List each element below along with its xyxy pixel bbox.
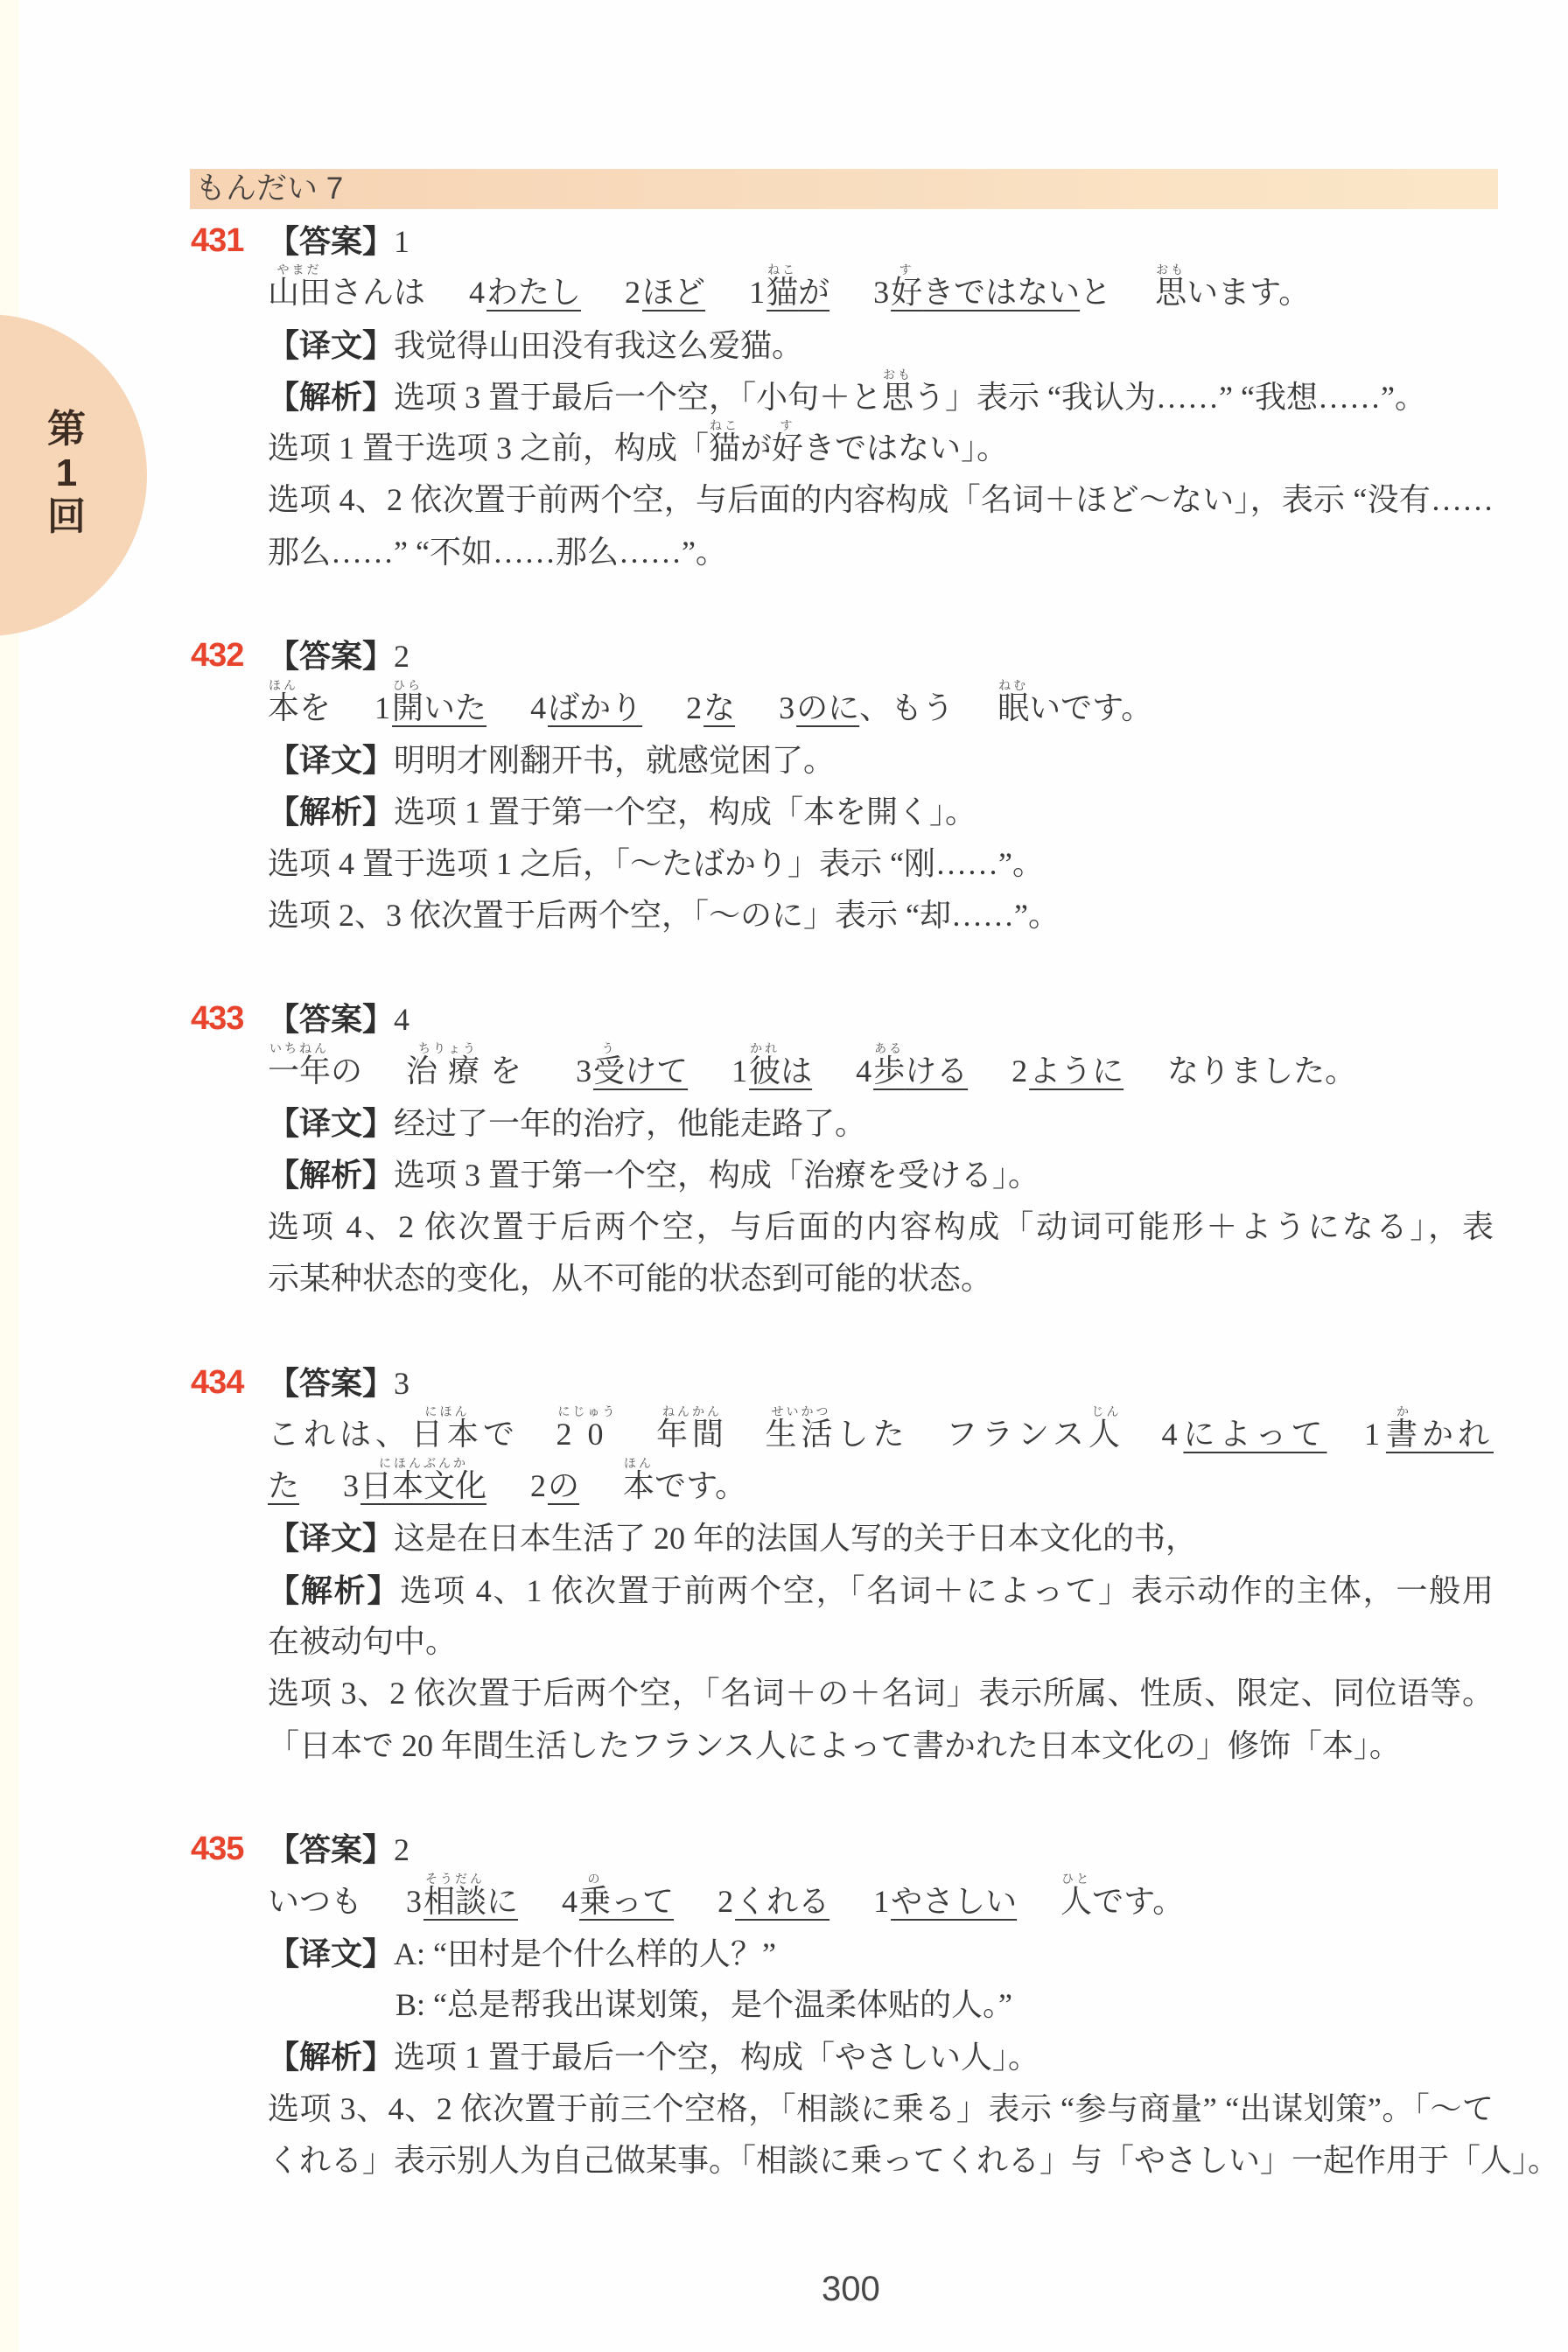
sentence-segment: 生活せいかつした xyxy=(766,1409,909,1460)
ruby-word: 好す xyxy=(772,430,803,465)
segment-text: です。 xyxy=(654,1468,746,1503)
option-text: の xyxy=(548,1468,579,1503)
furigana: う xyxy=(602,1044,617,1056)
translation-line: B: “总是帮我出谋划策，是个温柔体贴的人。” xyxy=(268,1979,1494,2031)
segment-text: ける xyxy=(905,1053,968,1088)
ruby-base: 相談 xyxy=(423,1884,486,1919)
option-segment: 3相談そうだんに xyxy=(406,1876,518,1928)
analysis-label: 【解析】 xyxy=(268,2039,394,2075)
furigana: か xyxy=(1396,1407,1411,1419)
ruby-word: 治療ちりょう xyxy=(406,1053,490,1088)
segment-text: いつも xyxy=(268,1884,362,1919)
ruby-base: 人 xyxy=(1088,1417,1124,1452)
option-number: 2 xyxy=(530,1468,546,1503)
sentence-segment: 山田やまださんは xyxy=(268,267,425,318)
segment-text: かれ xyxy=(1422,1417,1494,1452)
option-number: 1 xyxy=(374,690,390,725)
answer-label: 【答案】 xyxy=(268,1831,394,1867)
ruby-word: 書か xyxy=(1386,1417,1422,1452)
furigana: ちりょう xyxy=(418,1044,478,1056)
question-433: 433【答案】4 一年いちねんの 治療ちりょうを 3受うけて 1彼かれは 4歩あ… xyxy=(268,993,1494,1305)
option-segment: 1猫ねこが xyxy=(749,267,829,318)
section-spacer xyxy=(268,1305,1494,1356)
option-text: ばかり xyxy=(548,690,642,725)
option-segment: 2な xyxy=(686,682,735,734)
analysis-line: 「日本で 20 年間生活したフランス人によって書かれた日本文化の」修饰「本」。 xyxy=(268,1720,1494,1772)
option-text: 乗のって xyxy=(579,1884,674,1919)
ruby-word: 眠ねむ xyxy=(997,690,1029,725)
option-text: 好すきではない xyxy=(891,275,1080,310)
furigana: ねこ xyxy=(767,265,797,277)
chapter-tab-char: 回 xyxy=(44,495,89,539)
segment-text: フランス xyxy=(946,1417,1088,1452)
furigana: にほんぶんか xyxy=(379,1459,468,1471)
ruby-word: 一年いちねん xyxy=(268,1053,331,1088)
ruby-base: 日本 xyxy=(411,1417,483,1452)
question-434: 434【答案】3 これは、日本にほんで 20にじゅう 年間ねんかん 生活せいかつ… xyxy=(268,1357,1494,1772)
option-text: わたし xyxy=(486,275,581,310)
segment-text: きではない xyxy=(922,275,1080,310)
option-number: 3 xyxy=(576,1053,591,1088)
furigana: ほん xyxy=(624,1459,654,1471)
ruby-base: 眠 xyxy=(997,690,1029,725)
translation-text: A: “田村是个什么样的人？” xyxy=(394,1936,776,1971)
option-segment: 4ばかり xyxy=(530,682,642,734)
ruby-base: 彼 xyxy=(749,1053,780,1088)
analysis-text: 选项 1 置于最后一个空，构成「やさしい人」。 xyxy=(394,2040,1039,2075)
option-segment: 2ように xyxy=(1011,1046,1123,1097)
section-spacer xyxy=(268,1772,1494,1823)
chapter-tab-label: 第 1 回 xyxy=(44,408,89,539)
ruby-base: 歩 xyxy=(873,1053,905,1088)
segment-text: いた xyxy=(423,690,486,725)
furigana: いちねん xyxy=(269,1044,329,1056)
question-sentence: 一年いちねんの 治療ちりょうを 3受うけて 1彼かれは 4歩あるける 2ように … xyxy=(268,1046,1494,1097)
option-number: 1 xyxy=(749,275,765,310)
translation-line: 【译文】明明才刚翻开书，就感觉困了。 xyxy=(268,734,1494,786)
option-number: 2 xyxy=(1011,1053,1027,1088)
ruby-word: 本ほん xyxy=(268,690,299,725)
analysis-line: 【解析】选项 3 置于最后一个空，「小句＋と思おもう」表示 “我认为……” “我… xyxy=(268,371,1494,423)
analysis-line: 选项 4 置于选项 1 之后，「～たばかり」表示 “刚……”。 xyxy=(268,838,1494,890)
answer-label: 【答案】 xyxy=(268,638,394,674)
answer-label: 【答案】 xyxy=(268,223,394,259)
book-page: 第 1 回 もんだい 7 431【答案】1 山田やまださんは 4わたし 2ほど … xyxy=(0,0,1568,2352)
segment-text: は xyxy=(780,1053,812,1088)
section-title: もんだい 7 xyxy=(195,169,343,209)
option-text: た xyxy=(268,1468,299,1503)
translation-line: 【译文】我觉得山田没有我这么爱猫。 xyxy=(268,319,1494,371)
option-number: 1 xyxy=(731,1053,747,1088)
option-number: 2 xyxy=(686,690,702,725)
translation-text: 明明才刚翻开书，就感觉困了。 xyxy=(394,743,835,778)
ruby-word: 猫ねこ xyxy=(709,430,740,465)
question-number: 435 xyxy=(191,1823,243,1875)
translation-line: 【译文】A: “田村是个什么样的人？” xyxy=(268,1928,1494,1979)
ruby-word: 日本にほん xyxy=(411,1417,483,1452)
segment-text: した xyxy=(837,1417,909,1452)
segment-text: の xyxy=(331,1053,362,1088)
option-text: くれる xyxy=(735,1884,829,1919)
analysis-line: 【解析】选项 1 置于第一个空，构成「本を開く」。 xyxy=(268,786,1494,837)
analysis-line: 在被动句中。 xyxy=(268,1616,1494,1668)
ruby-base: 生活 xyxy=(766,1417,837,1452)
ruby-base: 好 xyxy=(891,275,922,310)
option-text: 相談そうだんに xyxy=(423,1884,518,1919)
translation-label: 【译文】 xyxy=(268,1935,394,1971)
question-sentence: 山田やまださんは 4わたし 2ほど 1猫ねこが 3好すきではないと 思おもいます… xyxy=(268,267,1494,318)
answer-label: 【答案】 xyxy=(268,1365,394,1401)
analysis-line: 选项 2、3 依次置于后两个空，「～のに」表示 “却……”。 xyxy=(268,890,1494,941)
segment-text: を xyxy=(490,1053,532,1088)
analysis-line: 选项 3、4、2 依次置于前三个空格，「相談に乗る」表示 “参与商量” “出谋划… xyxy=(268,2083,1494,2135)
sentence-segment: フランス人じん xyxy=(946,1409,1124,1460)
option-segment: 4歩あるける xyxy=(856,1046,968,1097)
question-435: 435【答案】2 いつも 3相談そうだんに 4乗のって 2くれる 1やさしい 人… xyxy=(268,1823,1494,2187)
option-number: 4 xyxy=(530,690,546,725)
option-text: 彼かれは xyxy=(749,1053,812,1088)
analysis-text: 选项 4、1 依次置于前两个空，「名词＋によって」表示动作的主体，一般用 xyxy=(400,1573,1494,1608)
ruby-word: 彼かれ xyxy=(749,1053,780,1088)
analysis-line: 【解析】选项 3 置于第一个空，构成「治療を受ける」。 xyxy=(268,1149,1494,1200)
question-sentence: これは、日本にほんで 20にじゅう 年間ねんかん 生活せいかつした フランス人じ… xyxy=(268,1409,1494,1460)
answer-line: 431【答案】1 xyxy=(268,215,1494,267)
option-text: 日本文化にほんぶんか xyxy=(360,1468,486,1503)
furigana: ひら xyxy=(393,681,423,693)
option-text: のに xyxy=(796,690,859,725)
segment-tail: 、もう xyxy=(859,690,954,725)
question-number: 434 xyxy=(191,1357,243,1409)
question-number: 432 xyxy=(191,630,243,682)
translation-label: 【译文】 xyxy=(268,1105,394,1141)
ruby-word: 思おも xyxy=(1155,275,1186,310)
segment-text: けて xyxy=(625,1053,688,1088)
ruby-base: 日本文化 xyxy=(360,1468,486,1503)
option-segment: 2ほど xyxy=(625,267,705,318)
question-sentence-continued: た 3日本文化にほんぶんか 2の 本ほんです。 xyxy=(268,1460,1494,1512)
chapter-tab-char: 第 xyxy=(44,408,89,451)
section-spacer xyxy=(268,941,1494,993)
option-text: ほど xyxy=(642,275,705,310)
option-segment: 3受うけて xyxy=(576,1046,688,1097)
segment-text: が xyxy=(798,275,829,310)
analysis-line: 选项 4、2 依次置于前两个空，与后面的内容构成「名词＋ほど～ない」，表示 “没… xyxy=(268,474,1494,526)
option-segment: 4によって xyxy=(1161,1409,1326,1460)
option-number: 4 xyxy=(856,1053,871,1088)
ruby-base: 年間 xyxy=(656,1417,728,1452)
ruby-word: 人じん xyxy=(1088,1417,1124,1452)
furigana: す xyxy=(899,265,914,277)
ruby-base: 一年 xyxy=(268,1053,331,1088)
ruby-base: 思 xyxy=(882,380,913,415)
analysis-line: 那么……” “不如……那么……”。 xyxy=(268,527,1494,578)
option-number: 3 xyxy=(873,275,889,310)
segment-text: なりました。 xyxy=(1167,1053,1356,1088)
furigana: ひと xyxy=(1061,1874,1091,1886)
option-number: 3 xyxy=(779,690,794,725)
section-spacer xyxy=(268,578,1494,630)
ruby-base: 書 xyxy=(1386,1417,1422,1452)
ruby-base: 本 xyxy=(268,690,299,725)
sentence-segment: 20にじゅう xyxy=(556,1409,619,1460)
option-text: 歩あるける xyxy=(873,1053,968,1088)
option-number: 2 xyxy=(717,1884,733,1919)
option-segment: 2くれる xyxy=(717,1876,829,1928)
analysis-label: 【解析】 xyxy=(268,1572,400,1608)
segment-text: いです。 xyxy=(1029,690,1152,725)
segment-text: です。 xyxy=(1092,1884,1184,1919)
page-number: 300 xyxy=(822,2271,880,2306)
analysis-line: 【解析】选项 4、1 依次置于前两个空，「名词＋によって」表示动作的主体，一般用 xyxy=(268,1564,1494,1616)
translation-line: 【译文】这是在日本生活了 20 年的法国人写的关于日本文化的书， xyxy=(268,1512,1494,1564)
option-segment: 1やさしい xyxy=(873,1876,1017,1928)
analysis-line: 示某种状态的变化，从不可能的状态到可能的状态。 xyxy=(268,1253,1494,1305)
ruby-base: 開 xyxy=(392,690,423,725)
answer-label: 【答案】 xyxy=(268,1001,394,1037)
ruby-word: 歩ある xyxy=(873,1053,905,1088)
question-432: 432【答案】2 本ほんを 1開ひらいた 4ばかり 2な 3のに、もう 眠ねむい… xyxy=(268,630,1494,941)
answer-value: 1 xyxy=(394,224,409,259)
analysis-text: 选项 3 置于最后一个空，「小句＋と xyxy=(394,380,882,415)
furigana: ねこ xyxy=(710,421,739,433)
translation-label: 【译文】 xyxy=(268,327,394,363)
ruby-base: 本 xyxy=(623,1468,654,1503)
option-text: 受うけて xyxy=(593,1053,688,1088)
furigana: にほん xyxy=(425,1407,470,1419)
answer-value: 4 xyxy=(394,1002,409,1037)
furigana: おも xyxy=(1156,265,1186,277)
answer-value: 2 xyxy=(394,639,409,674)
option-segment: 2の xyxy=(530,1460,579,1512)
question-number: 431 xyxy=(191,215,243,267)
question-sentence: いつも 3相談そうだんに 4乗のって 2くれる 1やさしい 人ひとです。 xyxy=(268,1876,1494,1928)
option-segment: 4わたし xyxy=(469,267,581,318)
answer-line: 435【答案】2 xyxy=(268,1823,1494,1875)
answer-line: 432【答案】2 xyxy=(268,630,1494,682)
sentence-segment: 一年いちねんの xyxy=(268,1046,362,1097)
translation-text: 经过了一年的治疗，他能走路了。 xyxy=(394,1106,866,1141)
option-text: やさしい xyxy=(891,1884,1017,1919)
ruby-base: 治療 xyxy=(406,1053,490,1088)
ruby-base: 山田 xyxy=(268,275,331,310)
ruby-base: 好 xyxy=(772,430,803,465)
sentence-segment: いつも xyxy=(268,1876,362,1928)
answer-line: 433【答案】4 xyxy=(268,993,1494,1045)
furigana: ほん xyxy=(269,681,298,693)
answer-value: 2 xyxy=(394,1832,409,1867)
ruby-word: 相談そうだん xyxy=(423,1884,486,1919)
segment-text: に xyxy=(486,1884,518,1919)
furigana: ねんかん xyxy=(662,1407,722,1419)
sentence-segment: これは、日本にほんで xyxy=(268,1409,519,1460)
option-segment: 3日本文化にほんぶんか xyxy=(343,1460,486,1512)
ruby-base: 20 xyxy=(556,1417,619,1452)
option-number: 3 xyxy=(406,1884,422,1919)
option-segment: 1開ひらいた xyxy=(374,682,486,734)
furigana: せいかつ xyxy=(772,1407,831,1419)
translation-label: 【译文】 xyxy=(268,742,394,778)
analysis-line: 选项 1 置于选项 3 之前，构成「猫ねこが好すきではない」。 xyxy=(268,423,1494,474)
option-segment: た xyxy=(268,1460,299,1512)
translation-text: 我觉得山田没有我这么爱猫。 xyxy=(394,328,803,363)
segment-tail: と xyxy=(1080,275,1111,310)
answer-line: 434【答案】3 xyxy=(268,1357,1494,1409)
option-segment: 3のに、もう xyxy=(779,682,954,734)
analysis-line: くれる」表示别人为自己做某事。「相談に乗ってくれる」与「やさしい」一起作用于「人… xyxy=(268,2135,1494,2187)
analysis-label: 【解析】 xyxy=(268,794,394,829)
option-segment: 3好すきではないと xyxy=(873,267,1111,318)
translation-line: 【译文】经过了一年的治疗，他能走路了。 xyxy=(268,1097,1494,1149)
furigana: の xyxy=(588,1874,603,1886)
option-text: 猫ねこが xyxy=(766,275,829,310)
option-text: 開ひらいた xyxy=(392,690,486,725)
translation-label: 【译文】 xyxy=(268,1520,394,1556)
sentence-segment: 人ひとです。 xyxy=(1060,1876,1184,1928)
analysis-text: 选项 1 置于选项 3 之前，构成「 xyxy=(268,430,709,465)
answer-content: 431【答案】1 山田やまださんは 4わたし 2ほど 1猫ねこが 3好すきではな… xyxy=(268,215,1494,2187)
ruby-word: 20にじゅう xyxy=(556,1417,619,1452)
option-text: な xyxy=(703,690,735,725)
section-header-bar: もんだい 7 xyxy=(190,169,1498,209)
segment-text: さんは xyxy=(331,275,425,310)
analysis-label: 【解析】 xyxy=(268,1157,394,1193)
ruby-base: 思 xyxy=(1155,275,1186,310)
furigana: そうだん xyxy=(425,1874,485,1886)
option-number: 3 xyxy=(343,1468,359,1503)
sentence-segment: 本ほんを xyxy=(268,682,331,734)
sentence-segment: 年間ねんかん xyxy=(656,1409,728,1460)
option-number: 4 xyxy=(469,275,485,310)
option-text: ように xyxy=(1029,1053,1123,1088)
segment-text: これは、 xyxy=(268,1417,411,1452)
ruby-word: 乗の xyxy=(579,1884,611,1919)
option-number: 1 xyxy=(1364,1417,1384,1452)
option-segment: 1彼かれは xyxy=(731,1046,812,1097)
sentence-segment: 眠ねむいです。 xyxy=(997,682,1152,734)
furigana: ある xyxy=(874,1044,904,1056)
ruby-word: 生活せいかつ xyxy=(766,1417,837,1452)
ruby-word: 好す xyxy=(891,275,922,310)
furigana: にじゅう xyxy=(558,1407,618,1419)
sentence-segment: 思おもいます。 xyxy=(1155,267,1310,318)
furigana: おも xyxy=(883,370,913,382)
option-text: 書かかれ xyxy=(1386,1417,1494,1452)
analysis-text: が xyxy=(740,430,772,465)
furigana: かれ xyxy=(750,1044,780,1056)
option-segment: 4乗のって xyxy=(562,1876,674,1928)
option-number: 1 xyxy=(873,1884,889,1919)
analysis-label: 【解析】 xyxy=(268,379,394,415)
ruby-base: 人 xyxy=(1060,1884,1092,1919)
option-number: 4 xyxy=(562,1884,577,1919)
furigana: す xyxy=(780,421,795,433)
sentence-segment: 治療ちりょうを xyxy=(406,1046,532,1097)
question-sentence: 本ほんを 1開ひらいた 4ばかり 2な 3のに、もう 眠ねむいです。 xyxy=(268,682,1494,734)
option-segment: 1書かかれ xyxy=(1364,1409,1494,1460)
translation-text: 这是在日本生活了 20 年的法国人写的关于日本文化的书， xyxy=(394,1521,1197,1556)
ruby-word: 猫ねこ xyxy=(766,275,798,310)
question-431: 431【答案】1 山田やまださんは 4わたし 2ほど 1猫ねこが 3好すきではな… xyxy=(268,215,1494,578)
chapter-tab-char: 1 xyxy=(44,451,89,495)
option-number: 2 xyxy=(625,275,640,310)
analysis-line: 选项 3、2 依次置于后两个空，「名词＋の＋名词」表示所属、性质、限定、同位语等… xyxy=(268,1668,1494,1719)
segment-text: を xyxy=(299,690,331,725)
sentence-segment: なりました。 xyxy=(1167,1046,1356,1097)
furigana: じん xyxy=(1091,1407,1121,1419)
analysis-text: う」表示 “我认为……” “我想……”。 xyxy=(913,380,1426,415)
question-number: 433 xyxy=(191,993,243,1045)
segment-text: で xyxy=(483,1417,519,1452)
option-number: 4 xyxy=(1161,1417,1181,1452)
ruby-word: 開ひら xyxy=(392,690,423,725)
ruby-word: 山田やまだ xyxy=(268,275,331,310)
ruby-base: 猫 xyxy=(766,275,798,310)
ruby-word: 人ひと xyxy=(1060,1884,1092,1919)
ruby-word: 受う xyxy=(593,1053,625,1088)
analysis-text: 选项 1 置于第一个空，构成「本を開く」。 xyxy=(394,794,976,829)
ruby-word: 本ほん xyxy=(623,1468,654,1503)
ruby-base: 猫 xyxy=(709,430,740,465)
analysis-line: 【解析】选项 1 置于最后一个空，构成「やさしい人」。 xyxy=(268,2031,1494,2082)
option-text: によって xyxy=(1183,1417,1326,1452)
furigana: ねむ xyxy=(998,681,1028,693)
answer-value: 3 xyxy=(394,1366,409,1401)
ruby-base: 受 xyxy=(593,1053,625,1088)
furigana: やまだ xyxy=(277,265,322,277)
analysis-line: 选项 4、2 依次置于后两个空，与后面的内容构成「动词可能形＋ようになる」，表 xyxy=(268,1201,1494,1253)
segment-text: って xyxy=(611,1884,674,1919)
ruby-word: 年間ねんかん xyxy=(656,1417,728,1452)
sentence-segment: 本ほんです。 xyxy=(623,1460,746,1512)
analysis-text: きではない」。 xyxy=(803,430,1008,465)
ruby-word: 思おも xyxy=(882,380,913,415)
ruby-word: 日本文化にほんぶんか xyxy=(360,1468,486,1503)
segment-text: います。 xyxy=(1186,275,1310,310)
ruby-base: 乗 xyxy=(579,1884,611,1919)
analysis-text: 选项 3 置于第一个空，构成「治療を受ける」。 xyxy=(394,1158,1039,1193)
